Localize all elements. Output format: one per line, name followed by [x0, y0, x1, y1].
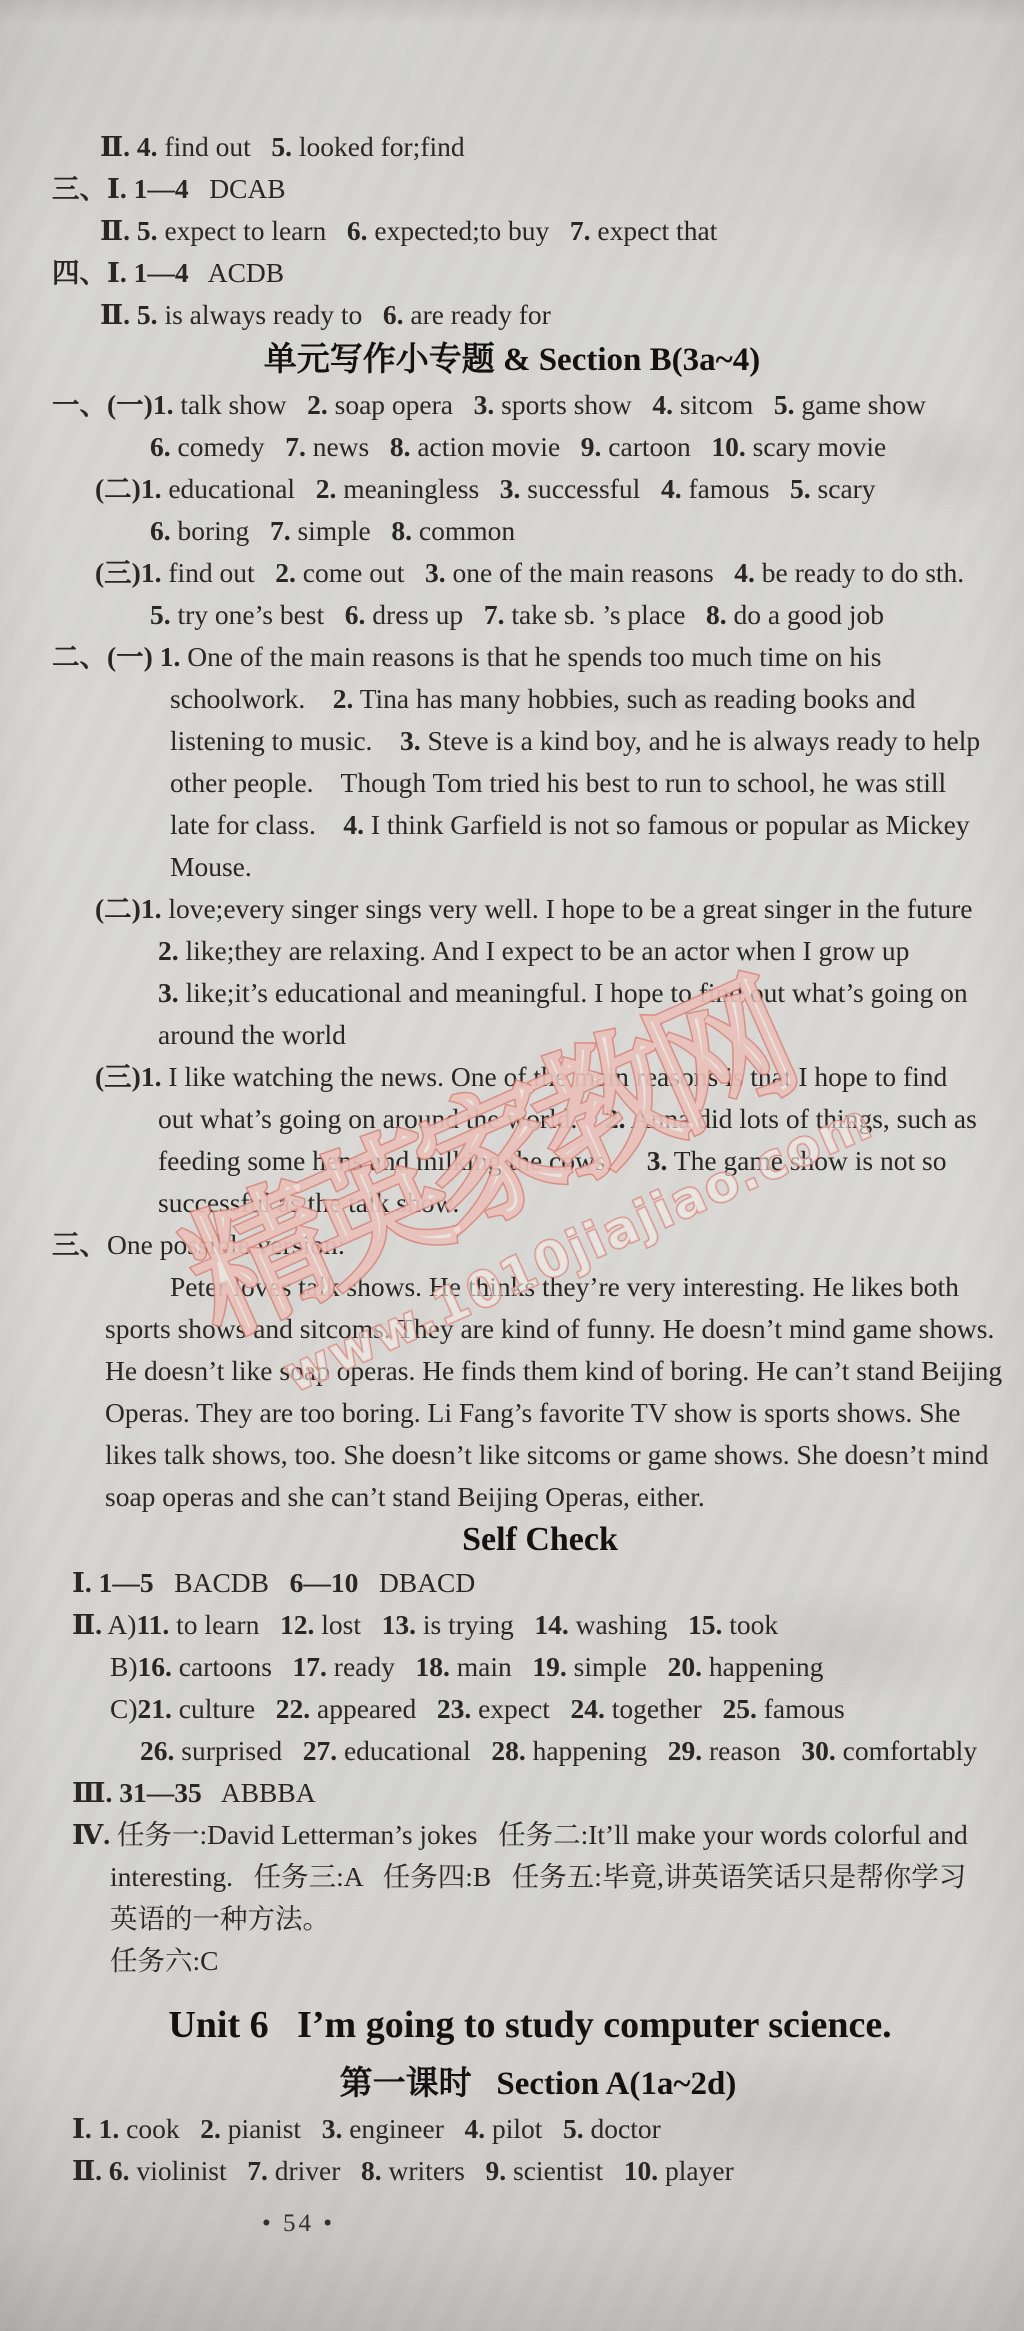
answer-line: out what’s going on around the world. 2.…: [158, 1098, 1024, 1140]
answer-line: 英语的一种方法。: [110, 1898, 1024, 1940]
answer-line: Ⅱ. 5. is always ready to 6. are ready fo…: [100, 294, 1024, 336]
unit-heading: Unit 6 I’m going to study computer scien…: [18, 1998, 1024, 2052]
answer-line: 5. try one’s best 6. dress up 7. take sb…: [150, 594, 1024, 636]
answer-line: feeding some hens and milking the cows. …: [158, 1140, 1024, 1182]
answer-line: schoolwork. 2. Tina has many hobbies, su…: [170, 678, 1024, 720]
answer-line: 三、One possible version:: [52, 1224, 1024, 1266]
answer-line: 3. like;it’s educational and meaningful.…: [158, 972, 1024, 1014]
answer-line: 三、Ⅰ. 1—4 DCAB: [52, 168, 1024, 210]
answer-line: 任务六:C: [110, 1940, 1024, 1982]
answer-line: Mouse.: [170, 846, 1024, 888]
answer-line: B)16. cartoons 17. ready 18. main 19. si…: [110, 1646, 1024, 1688]
answer-line: Ⅰ. 1. cook 2. pianist 3. engineer 4. pil…: [72, 2108, 1024, 2150]
answer-line: (二)1. educational 2. meaningless 3. succ…: [95, 468, 1024, 510]
answer-line: Ⅰ. 1—5 BACDB 6—10 DBACD: [72, 1562, 1024, 1604]
page-number: • 54 •: [262, 2204, 1024, 2244]
answer-line: interesting. 任务三:A 任务四:B 任务五:毕竟,讲英语笑话只是帮…: [110, 1856, 1024, 1898]
answer-line: soap operas and she can’t stand Beijing …: [105, 1476, 1024, 1518]
answer-line: C)21. culture 22. appeared 23. expect 24…: [110, 1688, 1024, 1730]
answer-line: 四、Ⅰ. 1—4 ACDB: [52, 252, 1024, 294]
answer-line: He doesn’t like soap operas. He finds th…: [105, 1350, 1024, 1392]
answer-line: (三)1. find out 2. come out 3. one of the…: [95, 552, 1024, 594]
answer-line: late for class. 4. I think Garfield is n…: [170, 804, 1024, 846]
lesson-heading: 第一课时 Section A(1a~2d): [26, 2060, 1024, 2108]
answer-line: 26. surprised 27. educational 28. happen…: [140, 1730, 1024, 1772]
answer-line: listening to music. 3. Steve is a kind b…: [170, 720, 1024, 762]
answer-line: (三)1. I like watching the news. One of t…: [95, 1056, 1024, 1098]
answer-line: around the world: [158, 1014, 1024, 1056]
answer-line: 6. comedy 7. news 8. action movie 9. car…: [150, 426, 1024, 468]
answer-line: other people. Though Tom tried his best …: [170, 762, 1024, 804]
section-heading: Self Check: [28, 1518, 1024, 1562]
answer-line: (二)1. love;every singer sings very well.…: [95, 888, 1024, 930]
answer-line: Ⅲ. 31—35 ABBBA: [72, 1772, 1024, 1814]
answer-key-content: Ⅱ. 4. find out 5. looked for;find三、Ⅰ. 1—…: [0, 0, 1024, 2244]
answer-line: Ⅱ. 5. expect to learn 6. expected;to buy…: [100, 210, 1024, 252]
answer-line: successful as the talk show.: [158, 1182, 1024, 1224]
answer-line: Ⅱ. 4. find out 5. looked for;find: [100, 126, 1024, 168]
answer-line: sports shows and sitcoms. They are kind …: [105, 1308, 1024, 1350]
answer-line: likes talk shows, too. She doesn’t like …: [105, 1434, 1024, 1476]
answer-line: Peter loves talk shows. He thinks they’r…: [170, 1266, 1024, 1308]
answer-line: 2. like;they are relaxing. And I expect …: [158, 930, 1024, 972]
answer-line: Operas. They are too boring. Li Fang’s f…: [105, 1392, 1024, 1434]
answer-line: Ⅳ. 任务一:David Letterman’s jokes 任务二:It’ll…: [72, 1814, 1024, 1856]
section-heading: 单元写作小专题 & Section B(3a~4): [0, 336, 1024, 384]
answer-line: 一、(一)1. talk show 2. soap opera 3. sport…: [52, 384, 1024, 426]
answer-line: 二、(一) 1. One of the main reasons is that…: [52, 636, 1024, 678]
answer-line: Ⅱ. 6. violinist 7. driver 8. writers 9. …: [72, 2150, 1024, 2192]
answer-line: Ⅱ. A)11. to learn 12. lost 13. is trying…: [72, 1604, 1024, 1646]
answer-line: 6. boring 7. simple 8. common: [150, 510, 1024, 552]
